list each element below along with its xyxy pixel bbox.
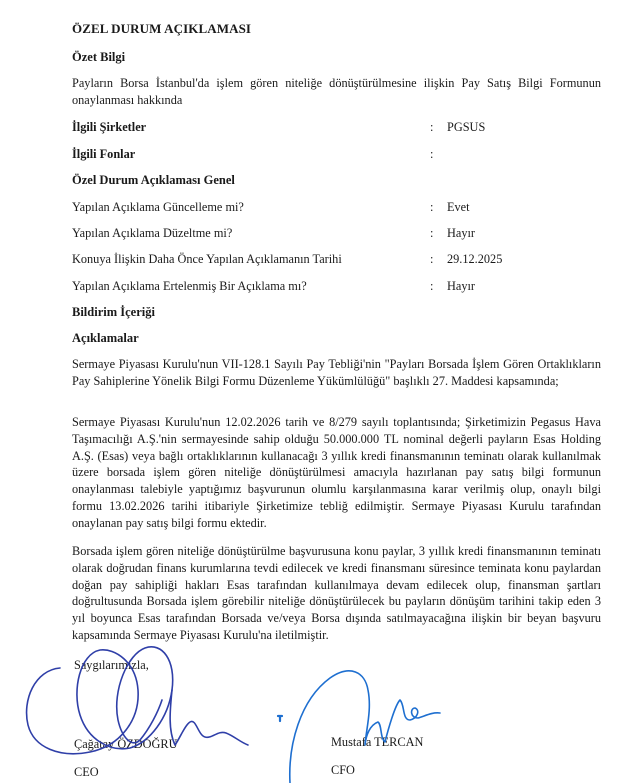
colon: : [430, 147, 433, 162]
signatory-role: CFO [331, 763, 355, 778]
general-row: Yapılan Açıklama Ertelenmiş Bir Açıklama… [72, 279, 601, 296]
related-funds-label: İlgili Fonlar [72, 147, 135, 162]
general-row-label: Yapılan Açıklama Güncelleme mi? [72, 200, 244, 215]
colon: : [430, 120, 433, 135]
document-title: ÖZEL DURUM AÇIKLAMASI [72, 21, 251, 37]
cfo-signature-icon [278, 671, 440, 783]
summary-text: Payların Borsa İstanbul'da işlem gören n… [72, 75, 601, 109]
general-row-label: Yapılan Açıklama Düzeltme mi? [72, 226, 232, 241]
closing: Saygılarımızla, [74, 658, 149, 673]
colon: : [430, 252, 433, 267]
general-row-label: Konuya İlişkin Daha Önce Yapılan Açıklam… [72, 252, 342, 267]
general-row-value: Hayır [447, 279, 475, 294]
related-companies-row: İlgili Şirketler : PGSUS [72, 120, 601, 137]
related-funds-row: İlgili Fonlar : [72, 147, 601, 164]
explanations-heading: Açıklamalar [72, 331, 139, 346]
related-companies-value: PGSUS [447, 120, 485, 135]
general-row-value: Evet [447, 200, 470, 215]
general-row: Yapılan Açıklama Düzeltme mi? : Hayır [72, 226, 601, 243]
signatory-name: Çağatay ÖZDOĞRU [74, 737, 177, 752]
general-row-label: Yapılan Açıklama Ertelenmiş Bir Açıklama… [72, 279, 307, 294]
paragraph: Sermaye Piyasası Kurulu'nun 12.02.2026 t… [72, 414, 601, 532]
content-heading: Bildirim İçeriği [72, 305, 155, 320]
general-row-value: 29.12.2025 [447, 252, 502, 267]
colon: : [430, 279, 433, 294]
signatory-role: CEO [74, 765, 99, 780]
paragraph: Sermaye Piyasası Kurulu'nun VII-128.1 Sa… [72, 356, 601, 390]
paragraph: Borsada işlem gören niteliğe dönüştürülm… [72, 543, 601, 644]
colon: : [430, 200, 433, 215]
signatory-name: Mustafa TERCAN [331, 735, 423, 750]
related-companies-label: İlgili Şirketler [72, 120, 146, 135]
general-row: Konuya İlişkin Daha Önce Yapılan Açıklam… [72, 252, 601, 269]
summary-heading: Özet Bilgi [72, 50, 125, 65]
general-heading: Özel Durum Açıklaması Genel [72, 173, 235, 188]
general-row: Yapılan Açıklama Güncelleme mi? : Evet [72, 200, 601, 217]
colon: : [430, 226, 433, 241]
general-row-value: Hayır [447, 226, 475, 241]
